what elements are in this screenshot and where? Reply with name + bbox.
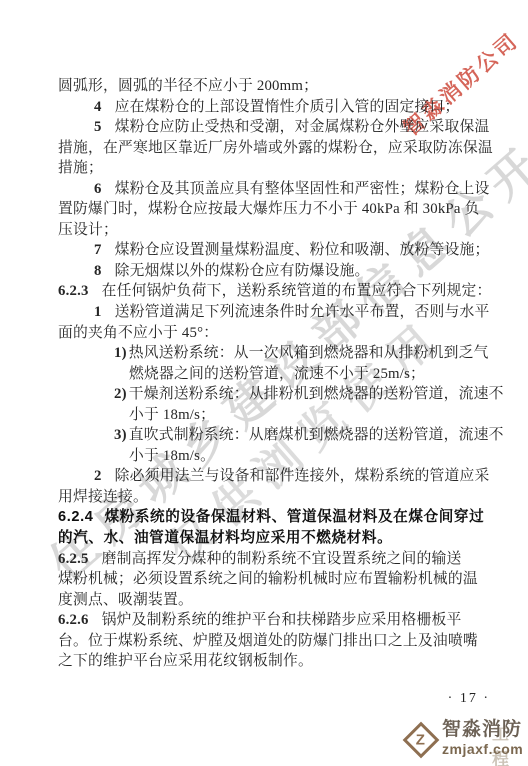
- text-line: 8除无烟煤以外的煤粉仓应有防爆设施。: [58, 261, 474, 282]
- clause-number: 1: [94, 304, 102, 320]
- text-line: 置防爆门时，煤粉仓应按最大爆炸压力不小于 40kPa 和 30kPa 负: [58, 199, 474, 220]
- text-line: 2)干燥剂送粉系统：从排粉机到燃烧器的送粉管道，流速不: [58, 384, 474, 405]
- text-line: 1送粉管道满足下列流速条件时允许水平布置，否则与水平: [58, 302, 474, 323]
- text-line: 小于 18m/s；: [58, 405, 474, 426]
- clause-text: 置防爆门时，煤粉仓应按最大爆炸压力不小于 40kPa 和 30kPa 负: [58, 201, 480, 217]
- brand-z-glyph: Z: [416, 732, 425, 747]
- text-line: 面的夹角不应小于 45°：: [58, 323, 474, 344]
- clause-text: 磨制高挥发分煤种的制粉系统不宜设置系统之间的输送: [102, 551, 462, 567]
- brand-text-block: 智淼消防 zmjaxf.com: [442, 719, 523, 757]
- clause-text: 面的夹角不应小于 45°：: [58, 325, 218, 341]
- clause-text: 在任何锅炉负荷下，送粉系统管道的布置应符合下列规定：: [102, 283, 492, 299]
- clause-number: 4: [94, 99, 102, 115]
- clause-text: 小于 18m/s。: [129, 448, 215, 464]
- clause-number: 6.2.4: [58, 509, 93, 525]
- clause-number: 7: [94, 242, 102, 258]
- clause-text: 的汽、水、油管道保温材料均应采用不燃烧材料。: [58, 530, 392, 546]
- text-line: 压设计；: [58, 220, 474, 241]
- clause-text: 煤粉仓应防止受热和受潮，对金属煤粉仓外壁应采取保温: [115, 119, 490, 135]
- clause-text: 干燥剂送粉系统：从排粉机到燃烧器的送粉管道，流速不: [129, 386, 504, 402]
- clause-number: 6: [94, 181, 102, 197]
- clause-text: 压设计；: [58, 222, 118, 238]
- text-line: 6.2.3在任何锅炉负荷下，送粉系统管道的布置应符合下列规定：: [58, 281, 474, 302]
- brand-url: zmjaxf.com: [442, 741, 523, 757]
- clause-text: 措施；: [58, 160, 103, 176]
- text-line: 4应在煤粉仓的上部设置惰性介质引入管的固定接口；: [58, 97, 474, 118]
- clause-number: 6.2.3: [58, 283, 89, 299]
- text-line: 1)热风送粉系统：从一次风箱到燃烧器和从排粉机到乏气: [58, 343, 474, 364]
- clause-number: 1): [114, 345, 127, 361]
- clause-number: 3): [114, 427, 127, 443]
- clause-number: 6.2.6: [58, 612, 89, 628]
- clause-text: 用焊接连接。: [58, 489, 148, 505]
- clause-text: 锅炉及制粉系统的维护平台和扶梯踏步应采用格栅板平: [102, 612, 462, 628]
- clause-text: 措施，在严寒地区靠近厂房外墙或外露的煤粉仓，应采取防冻保温: [58, 140, 493, 156]
- clause-number: 2: [94, 468, 102, 484]
- site-logo: 工程 Z 智淼消防 zmjaxf.com: [402, 718, 528, 764]
- clause-text: 圆弧形，圆弧的半径不应小于 200mm；: [58, 78, 318, 94]
- text-line: 圆弧形，圆弧的半径不应小于 200mm；: [58, 76, 474, 97]
- text-line: 措施；: [58, 158, 474, 179]
- text-line: 5煤粉仓应防止受热和受潮，对金属煤粉仓外壁应采取保温: [58, 117, 474, 138]
- clause-text: 煤粉系统的设备保温材料、管道保温材料及在煤仓间穿过: [104, 509, 484, 525]
- clause-text: 煤粉机械；必须设置系统之间的输粉机械时应布置输粉机械的温: [58, 571, 478, 587]
- clause-number: 5: [94, 119, 102, 135]
- text-line: 6煤粉仓及其顶盖应具有整体坚固性和严密性；煤粉仓上设: [58, 179, 474, 200]
- clause-text: 热风送粉系统：从一次风箱到燃烧器和从排粉机到乏气: [129, 345, 489, 361]
- text-line: 之下的维护平台应采用花纹钢板制作。: [58, 651, 474, 672]
- text-line: 7煤粉仓应设置测量煤粉温度、粉位和吸潮、放粉等设施；: [58, 240, 474, 261]
- clause-number: 8: [94, 263, 102, 279]
- text-line: 用焊接连接。: [58, 487, 474, 508]
- clause-text: 送粉管道满足下列流速条件时允许水平布置，否则与水平: [115, 304, 490, 320]
- document-page: 住房城乡建设部信息公开仅供浏览使用智淼消防公司 圆弧形，圆弧的半径不应小于 20…: [0, 0, 528, 766]
- brand-diamond-icon: Z: [403, 722, 440, 759]
- clause-number: 6.2.5: [58, 551, 89, 567]
- clause-text: 之下的维护平台应采用花纹钢板制作。: [58, 653, 313, 669]
- clause-text: 应在煤粉仓的上部设置惰性介质引入管的固定接口；: [115, 99, 460, 115]
- clause-text: 台。位于煤粉系统、炉膛及烟道处的防爆门排出口之上及油喷嘴: [58, 633, 478, 649]
- text-line: 6.2.6锅炉及制粉系统的维护平台和扶梯踏步应采用格栅板平: [58, 610, 474, 631]
- clause-text: 度测点、吸潮装置。: [58, 592, 193, 608]
- clause-text: 煤粉仓及其顶盖应具有整体坚固性和严密性；煤粉仓上设: [115, 181, 490, 197]
- clause-text: 燃烧器之间的送粉管道，流速不小于 25m/s；: [129, 366, 425, 382]
- text-line: 6.2.5磨制高挥发分煤种的制粉系统不宜设置系统之间的输送: [58, 549, 474, 570]
- document-body: 圆弧形，圆弧的半径不应小于 200mm；4应在煤粉仓的上部设置惰性介质引入管的固…: [58, 76, 474, 672]
- text-line: 2除必须用法兰与设备和部件连接外，煤粉系统的管道应采: [58, 466, 474, 487]
- text-line: 3)直吹式制粉系统：从磨煤机到燃烧器的送粉管道，流速不: [58, 425, 474, 446]
- page-number: · 17 ·: [448, 691, 490, 707]
- text-line: 的汽、水、油管道保温材料均应采用不燃烧材料。: [58, 528, 474, 549]
- text-line: 6.2.4煤粉系统的设备保温材料、管道保温材料及在煤仓间穿过: [58, 507, 474, 528]
- clause-number: 2): [114, 386, 127, 402]
- clause-text: 煤粉仓应设置测量煤粉温度、粉位和吸潮、放粉等设施；: [115, 242, 490, 258]
- text-line: 度测点、吸潮装置。: [58, 590, 474, 611]
- text-line: 燃烧器之间的送粉管道，流速不小于 25m/s；: [58, 364, 474, 385]
- clause-text: 直吹式制粉系统：从磨煤机到燃烧器的送粉管道，流速不: [129, 427, 504, 443]
- text-line: 措施，在严寒地区靠近厂房外墙或外露的煤粉仓，应采取防冻保温: [58, 138, 474, 159]
- clause-text: 小于 18m/s；: [129, 407, 215, 423]
- clause-text: 除必须用法兰与设备和部件连接外，煤粉系统的管道应采: [115, 468, 490, 484]
- brand-name: 智淼消防: [442, 719, 523, 741]
- text-line: 小于 18m/s。: [58, 446, 474, 467]
- text-line: 台。位于煤粉系统、炉膛及烟道处的防爆门排出口之上及油喷嘴: [58, 631, 474, 652]
- text-line: 煤粉机械；必须设置系统之间的输粉机械时应布置输粉机械的温: [58, 569, 474, 590]
- clause-text: 除无烟煤以外的煤粉仓应有防爆设施。: [115, 263, 370, 279]
